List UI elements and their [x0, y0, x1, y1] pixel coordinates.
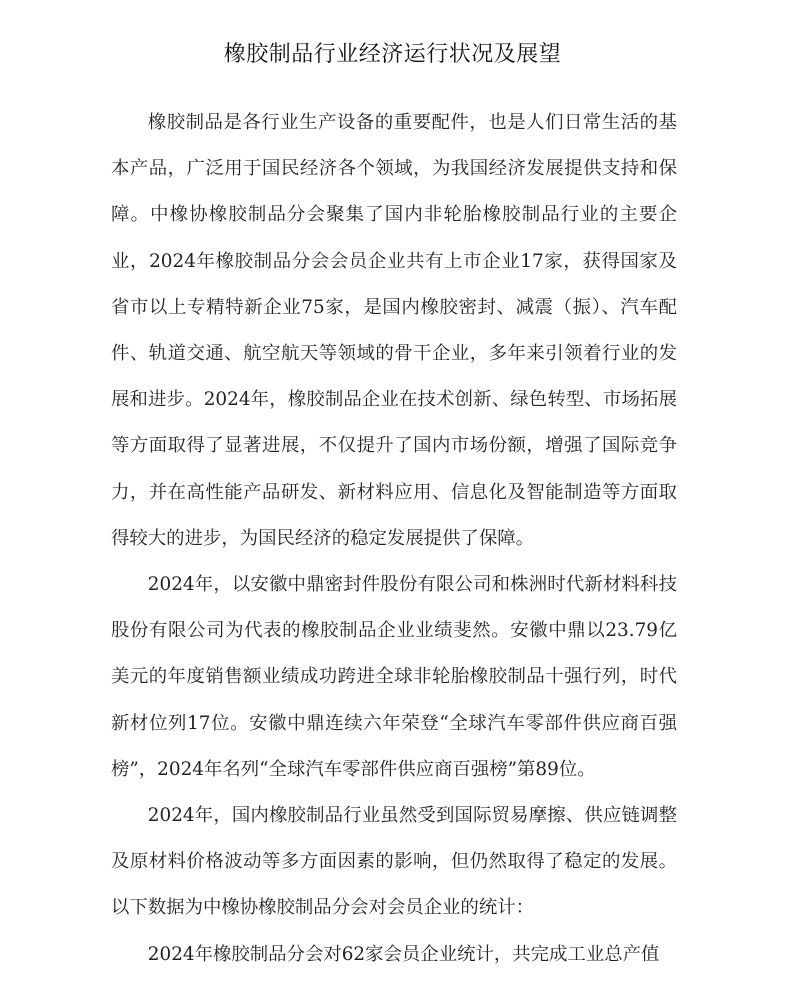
document-page: 橡胶制品行业经济运行状况及展望 橡胶制品是各行业生产设备的重要配件，也是人们日常…	[0, 0, 785, 1000]
document-body: 橡胶制品是各行业生产设备的重要配件，也是人们日常生活的基本产品，广泛用于国民经济…	[111, 100, 677, 978]
paragraph-intro: 橡胶制品是各行业生产设备的重要配件，也是人们日常生活的基本产品，广泛用于国民经济…	[111, 100, 677, 562]
document-title: 橡胶制品行业经济运行状况及展望	[0, 40, 785, 70]
paragraph-leading-companies: 2024年，以安徽中鼎密封件股份有限公司和株洲时代新材料科技股份有限公司为代表的…	[111, 562, 677, 793]
paragraph-industry-overview: 2024年，国内橡胶制品行业虽然受到国际贸易摩擦、供应链调整及原材料价格波动等多…	[111, 793, 677, 932]
paragraph-statistics: 2024年橡胶制品分会对62家会员企业统计，共完成工业总产值	[111, 932, 677, 978]
